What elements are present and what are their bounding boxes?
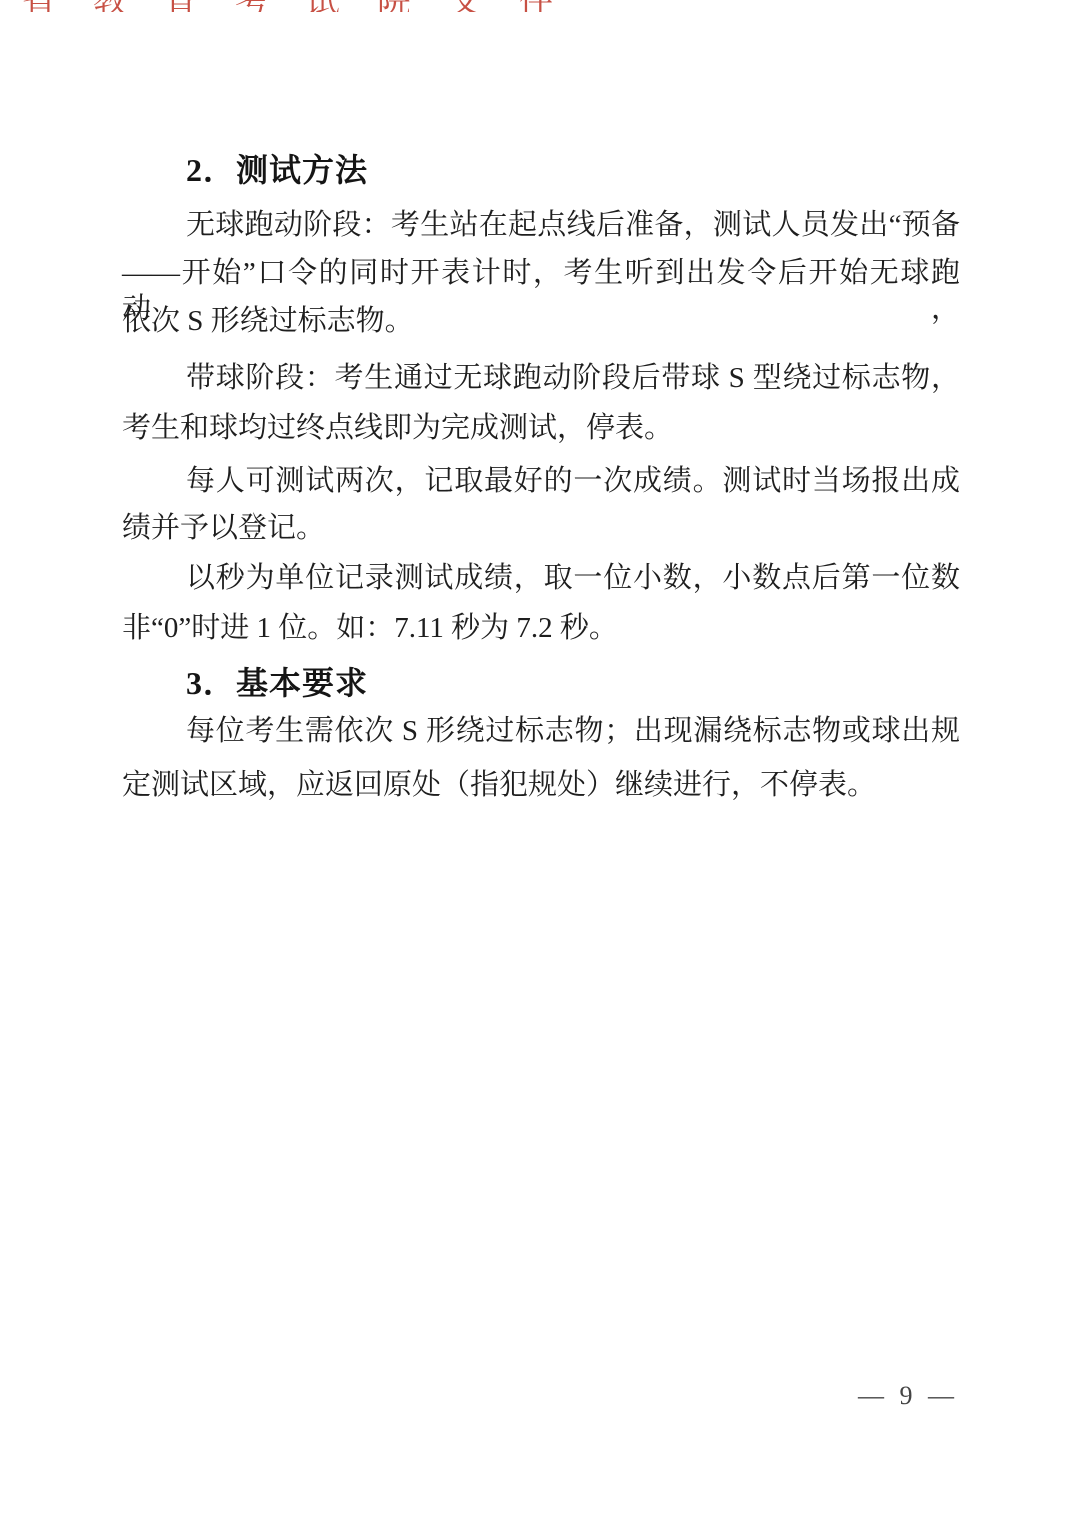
text-line: 考生和球均过终点线即为完成测试，停表。 — [122, 410, 960, 446]
section-heading: 3．基本要求 — [122, 663, 960, 703]
text-line: 带球阶段：考生通过无球跑动阶段后带球 S 型绕过标志物， — [122, 360, 960, 396]
document-page: 省教育考试院文件 2．测试方法无球跑动阶段：考生站在起点线后准备，测试人员发出“… — [0, 0, 1080, 1528]
text-line: 以秒为单位记录测试成绩，取一位小数，小数点后第一位数 — [122, 560, 960, 596]
text-line: 每位考生需依次 S 形绕过标志物；出现漏绕标志物或球出规 — [122, 713, 960, 749]
text-line: 非“0”时进 1 位。如：7.11 秒为 7.2 秒。 — [122, 610, 960, 646]
text-line: 依次 S 形绕过标志物。 — [122, 303, 960, 339]
text-line: 绩并予以登记。 — [122, 510, 960, 546]
text-line: 每人可测试两次，记取最好的一次成绩。测试时当场报出成 — [122, 463, 960, 499]
page-number: — 9 — — [858, 1381, 954, 1411]
text-line: 定测试区域，应返回原处（指犯规处）继续进行，不停表。 — [122, 767, 960, 803]
section-heading: 2．测试方法 — [122, 150, 960, 190]
document-text-block: 2．测试方法无球跑动阶段：考生站在起点线后准备，测试人员发出“预备——开始”口令… — [0, 0, 1080, 900]
text-line: 无球跑动阶段：考生站在起点线后准备，测试人员发出“预备 — [122, 207, 960, 243]
